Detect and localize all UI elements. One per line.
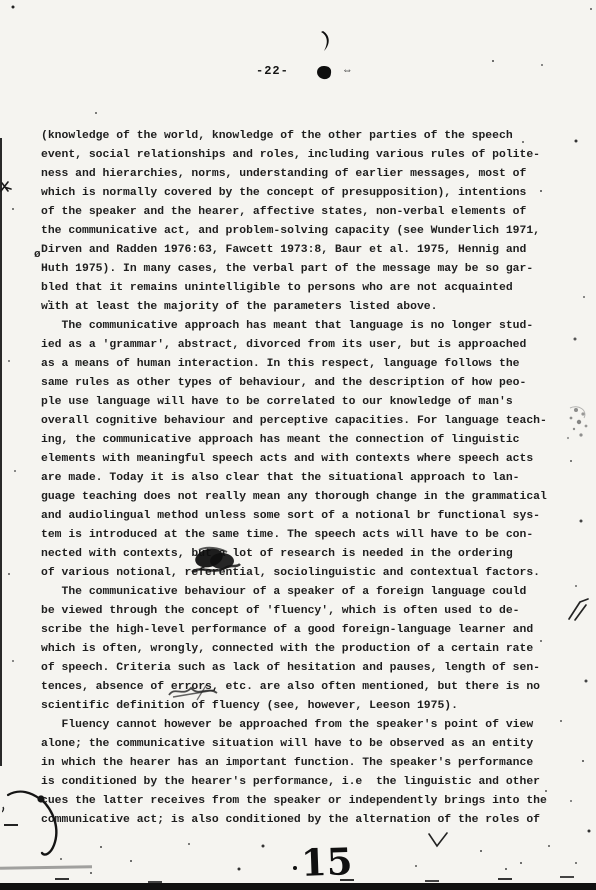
crescent-ink-mark-icon	[318, 31, 331, 58]
paragraph-2: The communicative approach has meant tha…	[41, 317, 569, 583]
ink-blot-over-text-icon	[189, 546, 243, 583]
paragraph-4: Fluency cannot however be approached fro…	[41, 716, 569, 830]
corner-curve-annotation-icon	[2, 785, 66, 870]
paragraph-1: (knowledge of the world, knowledge of th…	[41, 127, 569, 317]
document-text: (knowledge of the world, knowledge of th…	[41, 127, 569, 830]
page-number-header: -22-	[256, 64, 289, 78]
footer-dot-icon	[293, 866, 297, 870]
scanned-document-page: -22- ⇔ (knowledge of the world, knowledg…	[0, 0, 596, 890]
null-sign-mark-icon: ø	[34, 249, 41, 261]
scan-edge-bar	[0, 883, 596, 890]
double-arrow-mark-icon: ⇔	[344, 66, 351, 78]
pen-mark-right-icon	[565, 594, 591, 627]
smudge-right-icon	[556, 402, 596, 452]
check-mark-icon	[427, 832, 449, 854]
yen-scribble-mark-icon	[0, 180, 14, 199]
handwritten-page-number: 15	[300, 843, 353, 882]
errors-scribble-icon	[167, 682, 225, 707]
paragraph-3: The communicative behaviour of a speaker…	[41, 583, 569, 716]
scan-left-edge-line	[0, 138, 2, 766]
ink-blob-header-icon	[316, 65, 332, 80]
scan-noise-dashes	[0, 0, 14, 2]
